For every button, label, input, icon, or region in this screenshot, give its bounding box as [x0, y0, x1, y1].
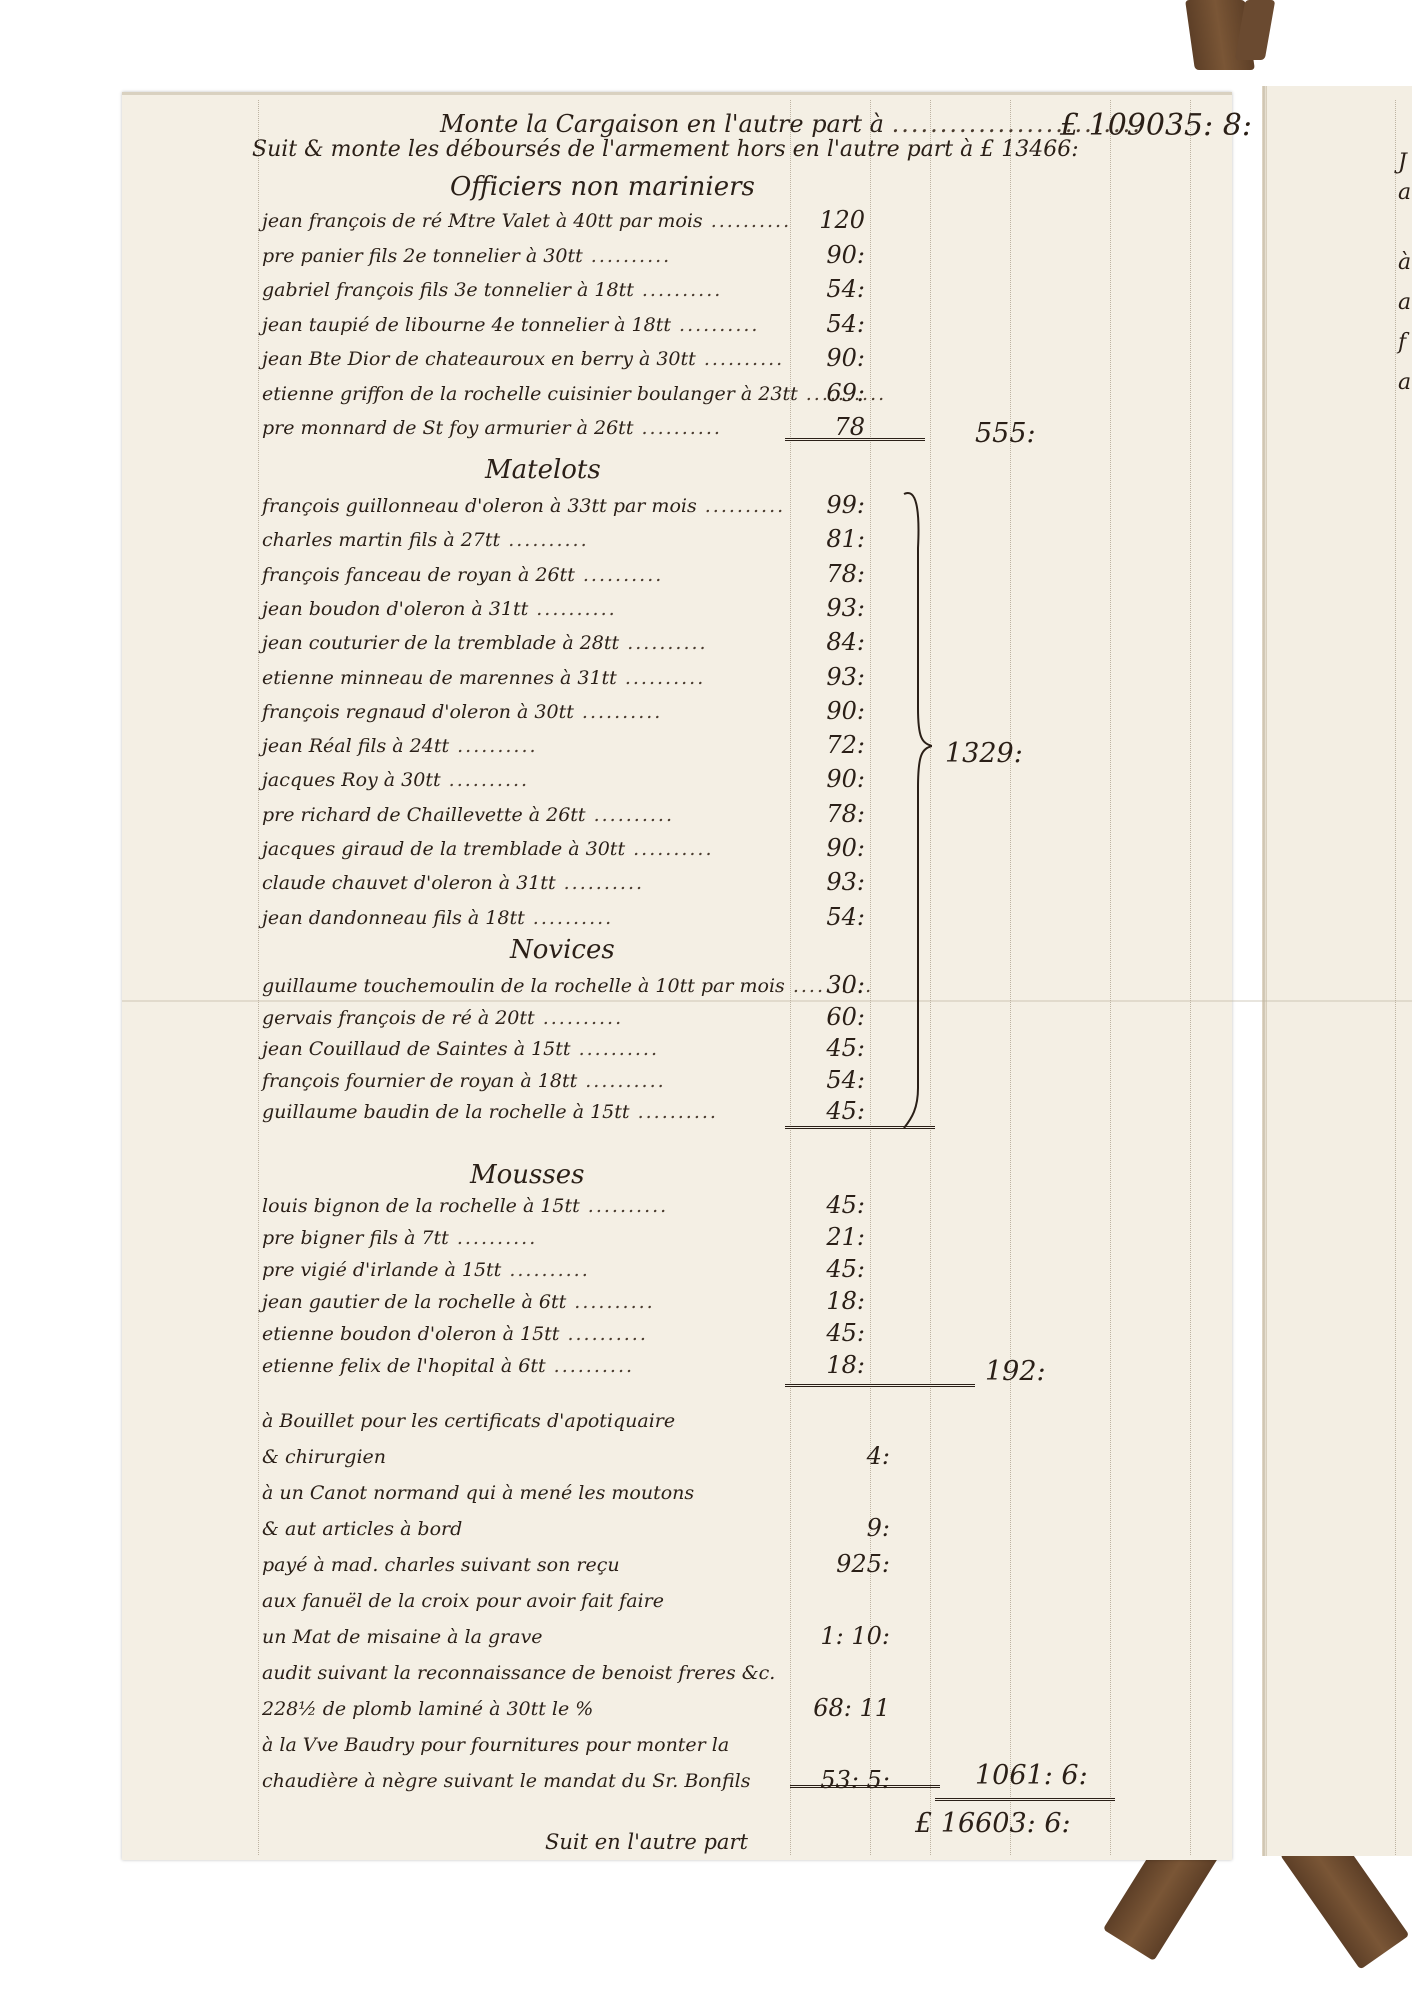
ledger-entry: gervais françois de ré à 20tt .......... [262, 1007, 623, 1029]
entry-description: jean Bte Dior de chateauroux en berry à … [262, 348, 696, 370]
entry-amount: 21: [795, 1223, 865, 1251]
ledger-entry: jean Bte Dior de chateauroux en berry à … [262, 348, 784, 370]
ledger-entry: françois fournier de royan à 18tt ......… [262, 1070, 666, 1092]
ledger-entry: jacques Roy à 30tt .......... [262, 769, 529, 791]
entry-amount: 54: [795, 275, 865, 303]
binding-fold [1262, 86, 1266, 1856]
header-line-2: Suit & monte les déboursés de l'armement… [252, 137, 1079, 162]
ledger-entry: françois regnaud d'oleron à 30tt .......… [262, 701, 662, 723]
leader-dots: .......... [574, 701, 662, 723]
entry-amount: 18: [795, 1351, 865, 1379]
entry-amount: 45: [795, 1034, 865, 1062]
ledger-entry: louis bignon de la rochelle à 15tt .....… [262, 1195, 668, 1217]
ledger-entry: jean Réal fils à 24tt .......... [262, 735, 538, 757]
leader-dots: .......... [571, 1038, 659, 1060]
ledger-entry: etienne minneau de marennes à 31tt .....… [262, 667, 705, 689]
entry-amount: 93: [795, 663, 865, 691]
entry-description: etienne griffon de la rochelle cuisinier… [262, 383, 798, 405]
leader-dots: .......... [528, 598, 616, 620]
entry-amount: 72: [795, 731, 865, 759]
entry-description: claude chauvet d'oleron à 31tt [262, 872, 556, 894]
ledger-entry: etienne boudon d'oleron à 15tt .........… [262, 1323, 648, 1345]
entry-description: jean dandonneau fils à 18tt [262, 907, 525, 929]
entry-description: gabriel françois fils 3e tonnelier à 18t… [262, 279, 634, 301]
entry-amount: 18: [795, 1287, 865, 1315]
entry-amount: 93: [795, 594, 865, 622]
cabin-boys-subtotal: 192: [985, 1356, 1046, 1387]
entry-description: pre monnard de St foy armurier à 26tt [262, 417, 633, 439]
header-line-1: Monte la Cargaison en l'autre part à ...… [440, 110, 1142, 138]
expense-line: & aut articles à bord [262, 1518, 462, 1540]
expense-amount: 4: [795, 1442, 890, 1470]
ledger-entry: jean françois de ré Mtre Valet à 40tt pa… [262, 210, 791, 232]
entry-amount: 90: [795, 241, 865, 269]
entry-amount: 78: [795, 800, 865, 828]
ledger-entry: guillaume baudin de la rochelle à 15tt .… [262, 1101, 718, 1123]
leader-dots: .......... [619, 632, 707, 654]
column-rule [1395, 100, 1396, 1855]
ledger-entry: gabriel françois fils 3e tonnelier à 18t… [262, 279, 722, 301]
entry-description: jean taupié de libourne 4e tonnelier à 1… [262, 314, 671, 336]
entry-description: gervais françois de ré à 20tt [262, 1007, 535, 1029]
ledger-entry: françois guillonneau d'oleron à 33tt par… [262, 495, 785, 517]
footer-carry-forward: Suit en l'autre part [545, 1830, 748, 1854]
entry-amount: 78 [795, 413, 865, 441]
leader-dots: .......... [625, 838, 713, 860]
entry-description: pre vigié d'irlande à 15tt [262, 1259, 501, 1281]
expense-line: chaudière à nègre suivant le mandat du S… [262, 1770, 750, 1792]
entry-amount: 45: [795, 1255, 865, 1283]
entry-description: guillaume baudin de la rochelle à 15tt [262, 1101, 630, 1123]
entry-amount: 69: [795, 379, 865, 407]
leader-dots: .......... [535, 1007, 623, 1029]
entry-description: françois regnaud d'oleron à 30tt [262, 701, 574, 723]
grand-total: £ 16603: 6: [915, 1808, 1071, 1839]
ledger-entry: guillaume touchemoulin de la rochelle à … [262, 975, 873, 997]
expense-line: aux fanuël de la croix pour avoir fait f… [262, 1590, 664, 1612]
entry-amount: 90: [795, 765, 865, 793]
entry-description: charles martin fils à 27tt [262, 529, 500, 551]
leader-dots: .......... [580, 1195, 668, 1217]
entry-description: etienne minneau de marennes à 31tt [262, 667, 617, 689]
entry-description: jean françois de ré Mtre Valet à 40tt pa… [262, 210, 703, 232]
leader-dots: .......... [630, 1101, 718, 1123]
expense-amount: 925: [795, 1550, 890, 1578]
entry-amount: 54: [795, 310, 865, 338]
leader-dots: .......... [575, 564, 663, 586]
adjacent-page-text: f [1398, 330, 1406, 355]
ledger-entry: jean taupié de libourne 4e tonnelier à 1… [262, 314, 759, 336]
expense-amount: 9: [795, 1514, 890, 1542]
adjacent-page-text: J [1398, 150, 1407, 175]
ledger-entry: jean gautier de la rochelle à 6tt ......… [262, 1291, 655, 1313]
section-title-officers: Officiers non mariniers [450, 172, 755, 202]
entry-description: jean gautier de la rochelle à 6tt [262, 1291, 566, 1313]
entry-amount: 84: [795, 628, 865, 656]
entry-amount: 99: [795, 491, 865, 519]
adjacent-page-text: à [1398, 250, 1411, 275]
entry-description: françois fournier de royan à 18tt [262, 1070, 577, 1092]
column-rule [1010, 100, 1011, 1855]
expense-amount: 1: 10: [795, 1622, 890, 1650]
ledger-entry: pre bigner fils à 7tt .......... [262, 1227, 537, 1249]
entry-description: françois fanceau de royan à 26tt [262, 564, 575, 586]
entry-description: pre richard de Chaillevette à 26tt [262, 804, 586, 826]
leader-dots: .......... [583, 245, 671, 267]
entry-amount: 45: [795, 1319, 865, 1347]
ledger-entry: etienne griffon de la rochelle cuisinier… [262, 383, 886, 405]
entry-amount: 30: [795, 971, 865, 999]
section-title-novices: Novices [510, 935, 615, 965]
ledger-entry: françois fanceau de royan à 26tt .......… [262, 564, 663, 586]
column-rule [1110, 100, 1111, 1855]
entry-amount: 60: [795, 1003, 865, 1031]
leader-dots: .......... [703, 210, 791, 232]
entry-amount: 54: [795, 1066, 865, 1094]
ledger-entry: pre panier fils 2e tonnelier à 30tt ....… [262, 245, 671, 267]
subtotal-rule [785, 1384, 975, 1390]
subtotal-rule [785, 438, 925, 444]
entry-description: françois guillonneau d'oleron à 33tt par… [262, 495, 697, 517]
entry-amount: 93: [795, 868, 865, 896]
expense-amount: 68: 11 [795, 1694, 890, 1722]
total-rule [935, 1798, 1115, 1804]
section-title-cabin-boys: Mousses [470, 1160, 584, 1190]
adjacent-page-text: a [1398, 290, 1411, 315]
leader-dots: .......... [633, 417, 721, 439]
leader-dots: .......... [617, 667, 705, 689]
leader-dots: .......... [500, 529, 588, 551]
entry-amount: 90: [795, 344, 865, 372]
column-rule [1190, 100, 1191, 1855]
entry-amount: 81: [795, 525, 865, 553]
margin-rule [258, 100, 259, 1855]
ledger-entry: charles martin fils à 27tt .......... [262, 529, 589, 551]
entry-description: pre bigner fils à 7tt [262, 1227, 449, 1249]
entry-amount: 90: [795, 834, 865, 862]
entry-description: louis bignon de la rochelle à 15tt [262, 1195, 580, 1217]
entry-description: jacques Roy à 30tt [262, 769, 441, 791]
expense-line: à un Canot normand qui à mené les mouton… [262, 1482, 694, 1504]
entry-amount: 54: [795, 903, 865, 931]
leader-dots: .......... [671, 314, 759, 336]
entry-amount: 78: [795, 560, 865, 588]
expense-line: à la Vve Baudry pour fournitures pour mo… [262, 1734, 729, 1756]
entry-description: jacques giraud de la tremblade à 30tt [262, 838, 625, 860]
adjacent-page-text: a [1398, 180, 1411, 205]
ledger-entry: jean dandonneau fils à 18tt .......... [262, 907, 613, 929]
adjacent-page [1266, 86, 1412, 1856]
ledger-entry: pre richard de Chaillevette à 26tt .....… [262, 804, 674, 826]
subtotal-rule [790, 1785, 940, 1791]
leader-dots: .......... [449, 735, 537, 757]
expense-line: un Mat de misaine à la grave [262, 1626, 543, 1648]
leader-dots: .......... [441, 769, 529, 791]
expense-line: 228½ de plomb laminé à 30tt le % [262, 1698, 593, 1720]
ledger-entry: jean boudon d'oleron à 31tt .......... [262, 598, 617, 620]
leader-dots: .......... [697, 495, 785, 517]
entry-amount: 45: [795, 1191, 865, 1219]
matelots-novices-subtotal: 1329: [945, 738, 1023, 769]
entry-description: jean couturier de la tremblade à 28tt [262, 632, 619, 654]
entry-amount: 90: [795, 697, 865, 725]
ledger-entry: jean couturier de la tremblade à 28tt ..… [262, 632, 708, 654]
expense-line: audit suivant la reconnaissance de benoi… [262, 1662, 775, 1684]
leader-dots: .......... [556, 872, 644, 894]
ledger-entry: jean Couillaud de Saintes à 15tt .......… [262, 1038, 659, 1060]
ledger-entry: claude chauvet d'oleron à 31tt .........… [262, 872, 644, 894]
expense-line: & chirurgien [262, 1446, 386, 1468]
entry-description: etienne felix de l'hopital à 6tt [262, 1355, 546, 1377]
leader-dots: .......... [696, 348, 784, 370]
cargo-total: £ 109035: 8: [1060, 108, 1252, 143]
paper-crease [122, 1000, 1412, 1002]
entry-description: jean boudon d'oleron à 31tt [262, 598, 528, 620]
ledger-entry: jacques giraud de la tremblade à 30tt ..… [262, 838, 714, 860]
leader-dots: .......... [586, 804, 674, 826]
ledger-entry: pre vigié d'irlande à 15tt .......... [262, 1259, 590, 1281]
entry-description: pre panier fils 2e tonnelier à 30tt [262, 245, 583, 267]
entry-description: jean Couillaud de Saintes à 15tt [262, 1038, 571, 1060]
leader-dots: .......... [566, 1291, 654, 1313]
entry-description: etienne boudon d'oleron à 15tt [262, 1323, 559, 1345]
entry-description: jean Réal fils à 24tt [262, 735, 449, 757]
entry-description: guillaume touchemoulin de la rochelle à … [262, 975, 785, 997]
leader-dots: .......... [559, 1323, 647, 1345]
officers-subtotal: 555: [975, 418, 1036, 449]
entry-amount: 120 [795, 206, 865, 234]
leader-dots: .......... [449, 1227, 537, 1249]
expense-line: payé à mad. charles suivant son reçu [262, 1554, 620, 1576]
entry-amount: 45: [795, 1097, 865, 1125]
section-title-sailors: Matelots [485, 455, 601, 485]
expense-line: à Bouillet pour les certificats d'apotiq… [262, 1410, 675, 1432]
ledger-entry: pre monnard de St foy armurier à 26tt ..… [262, 417, 722, 439]
bracket-brace-icon [902, 488, 932, 1128]
leader-dots: .......... [501, 1259, 589, 1281]
leader-dots: .......... [546, 1355, 634, 1377]
leader-dots: .......... [634, 279, 722, 301]
expenses-total: 1061: 6: [975, 1760, 1088, 1791]
ledger-entry: etienne felix de l'hopital à 6tt .......… [262, 1355, 634, 1377]
leader-dots: .......... [577, 1070, 665, 1092]
leader-dots: .......... [525, 907, 613, 929]
adjacent-page-text: a [1398, 370, 1411, 395]
